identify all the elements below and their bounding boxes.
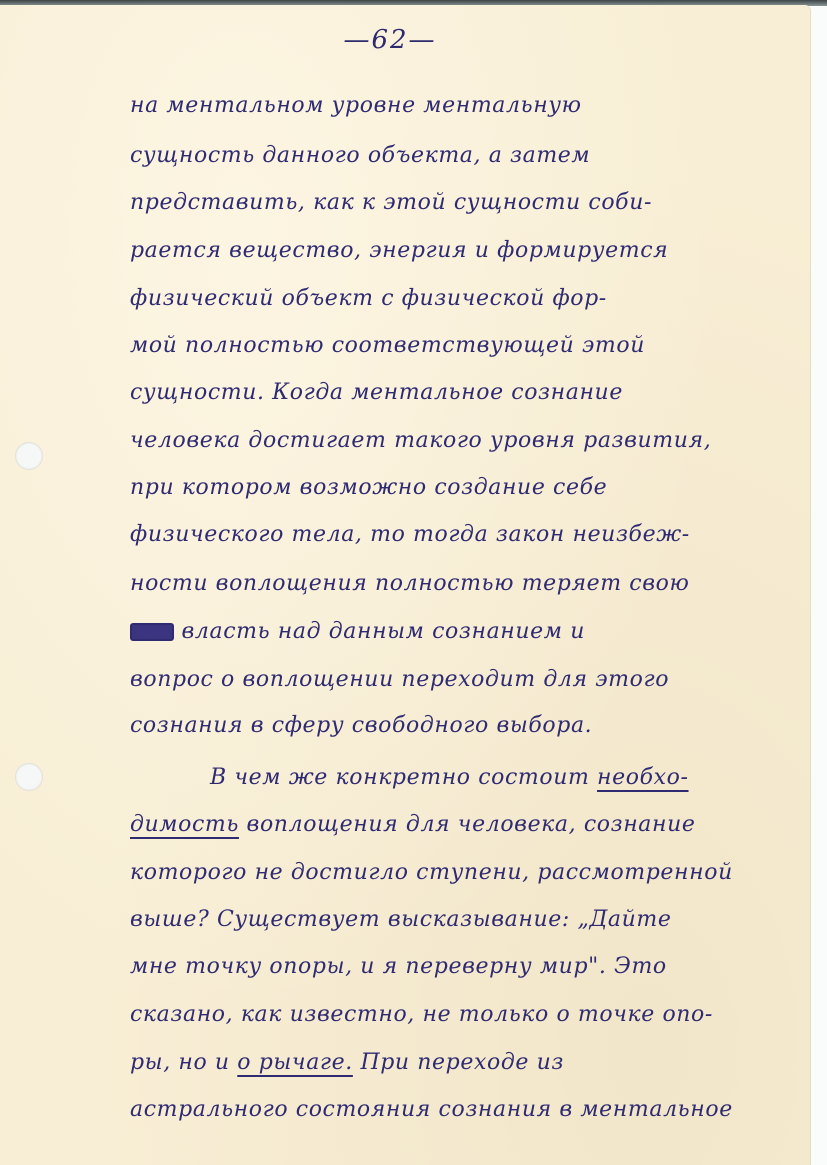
struck-out-word: свою bbox=[130, 623, 174, 641]
text-line: выше? Существует высказывание: „Дайте bbox=[130, 907, 800, 932]
text-segment: При переходе из bbox=[353, 1050, 564, 1075]
text-segment: власть над данным сознанием и bbox=[174, 619, 585, 644]
text-line: вопрос о воплощении переходит для этого bbox=[130, 667, 800, 692]
text-line: сущность данного объекта, а затем bbox=[130, 143, 800, 168]
text-line: которого не достигло ступени, рассмотрен… bbox=[130, 860, 800, 885]
underlined-word: необхо- bbox=[597, 765, 688, 790]
binder-hole-icon bbox=[15, 442, 43, 470]
binder-hole-icon bbox=[15, 763, 43, 791]
underlined-word: димость bbox=[130, 812, 239, 837]
text-segment: воплощения для человека, сознание bbox=[239, 812, 696, 837]
text-line: димость воплощения для человека, сознани… bbox=[130, 812, 800, 837]
text-segment: В чем же конкретно состоит bbox=[210, 765, 597, 790]
page-number: —62— bbox=[0, 25, 780, 55]
text-line: сущности. Когда ментальное сознание bbox=[130, 380, 800, 405]
text-line: на ментальном уровне ментальную bbox=[130, 93, 800, 118]
text-line: при котором возможно создание себе bbox=[130, 475, 800, 500]
text-segment: ры, но и bbox=[130, 1050, 237, 1075]
manuscript-page: —62— на ментальном уровне ментальную сущ… bbox=[0, 5, 811, 1165]
text-line: свою власть над данным сознанием и bbox=[130, 619, 800, 644]
text-line: физический объект с физической фор- bbox=[130, 286, 800, 311]
paragraph-start-line: В чем же конкретно состоит необхо- bbox=[210, 765, 827, 790]
underlined-word: о рычаге. bbox=[237, 1050, 353, 1075]
text-line: астрального состояния сознания в менталь… bbox=[130, 1097, 800, 1122]
text-line: мне точку опоры, и я переверну мир". Это bbox=[130, 954, 800, 979]
text-line: физического тела, то тогда закон неизбеж… bbox=[130, 522, 800, 547]
text-line: представить, как к этой сущности соби- bbox=[130, 190, 800, 215]
text-line: ности воплощения полностью теряет свою bbox=[130, 571, 800, 596]
text-line: сознания в сферу свободного выбора. bbox=[130, 713, 800, 738]
text-line: мой полностью соответствующей этой bbox=[130, 333, 800, 358]
text-line: рается вещество, энергия и формируется bbox=[130, 238, 800, 263]
text-line: человека достигает такого уровня развити… bbox=[130, 428, 800, 453]
text-line: ры, но и о рычаге. При переходе из bbox=[130, 1050, 800, 1075]
text-line: сказано, как известно, не только о точке… bbox=[130, 1002, 800, 1027]
